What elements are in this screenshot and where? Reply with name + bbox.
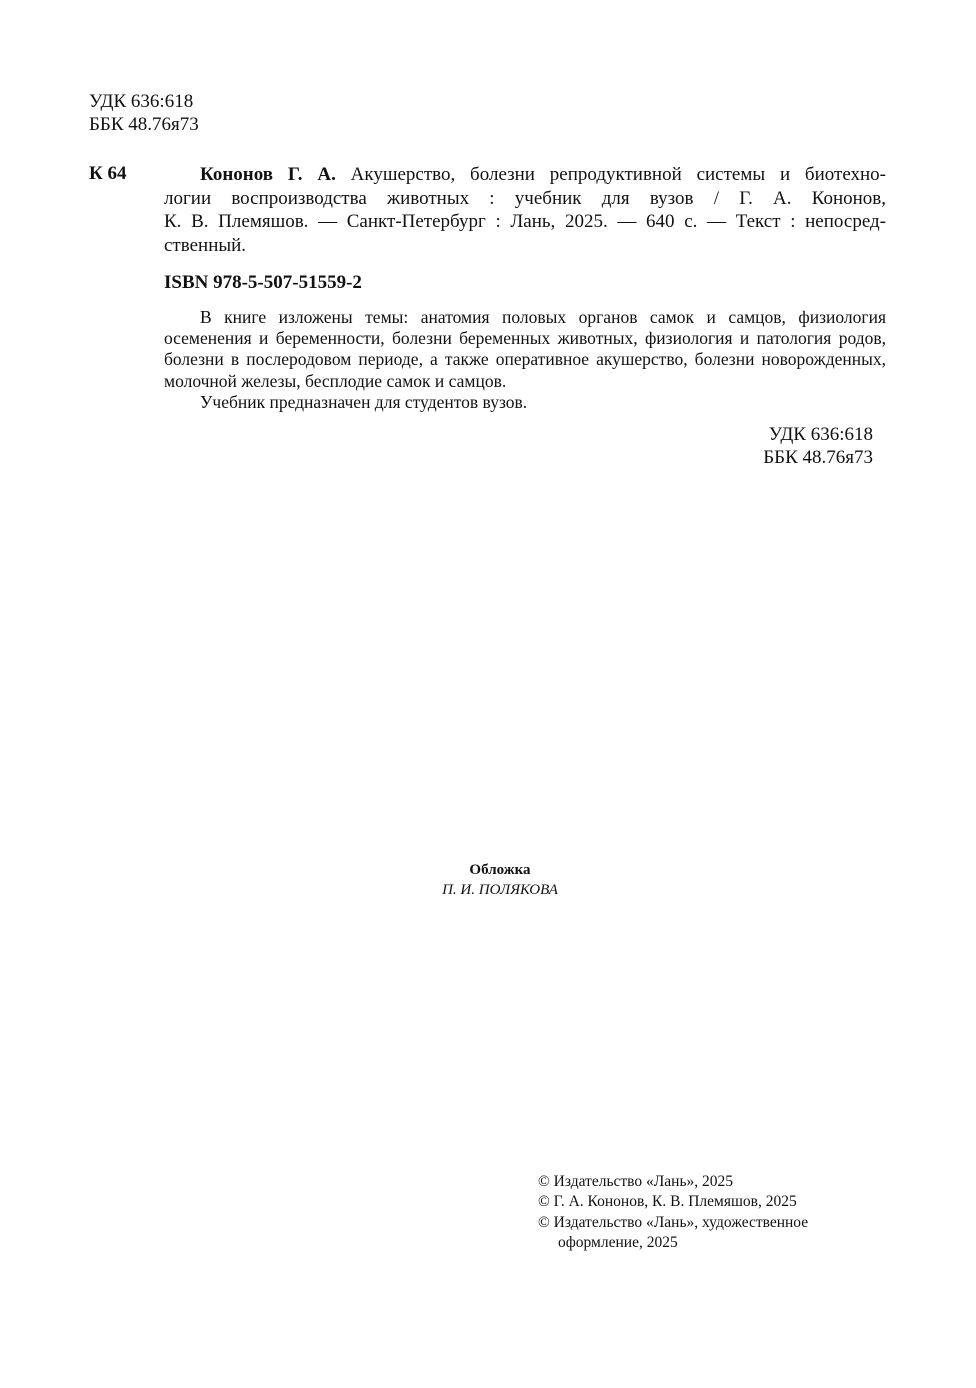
copyright-block: © Издательство «Лань», 2025 © Г. А. Коно…: [538, 1172, 808, 1253]
copyright-line: © Издательство «Лань», 2025: [538, 1172, 808, 1192]
author-name: Кононов Г. А.: [200, 164, 336, 185]
biblio-line-4: ственный.: [164, 234, 886, 258]
classification-block-top: УДК 636:618 ББК 48.76я73: [89, 90, 199, 136]
abstract-paragraph: Учебник предназначен для студентов вузов…: [164, 392, 886, 413]
copyright-line-continuation: оформление, 2025: [538, 1233, 808, 1253]
cover-designer: П. И. ПОЛЯКОВА: [12, 880, 976, 900]
abstract-paragraph: В книге изложены темы: анатомия половых …: [164, 307, 886, 392]
bbk-code: ББК 48.76я73: [89, 113, 199, 136]
classification-block-right: УДК 636:618 ББК 48.76я73: [750, 423, 873, 469]
abstract: В книге изложены темы: анатомия половых …: [164, 307, 886, 413]
biblio-title-start: Акушерство, болезни репродуктивной систе…: [351, 164, 886, 185]
author-mark: К 64: [89, 163, 127, 185]
biblio-line-1: Кононов Г. А. Акушерство, болезни репрод…: [164, 163, 886, 187]
udk-code: УДК 636:618: [750, 423, 873, 446]
isbn: ISBN 978-5-507-51559-2: [164, 272, 362, 294]
bibliographic-record: Кононов Г. А. Акушерство, болезни репрод…: [164, 163, 886, 257]
udk-code: УДК 636:618: [89, 90, 199, 113]
cover-label: Обложка: [12, 860, 976, 880]
bbk-code: ББК 48.76я73: [750, 446, 873, 469]
biblio-line-2: логии воспроизводства животных : учебник…: [164, 187, 886, 211]
copyright-line: © Г. А. Кононов, К. В. Племяшов, 2025: [538, 1192, 808, 1212]
cover-credit: Обложка П. И. ПОЛЯКОВА: [0, 860, 976, 900]
copyright-line: © Издательство «Лань», художественное: [538, 1213, 808, 1233]
biblio-line-3: К. В. Племяшов. — Санкт-Петербург : Лань…: [164, 210, 886, 234]
